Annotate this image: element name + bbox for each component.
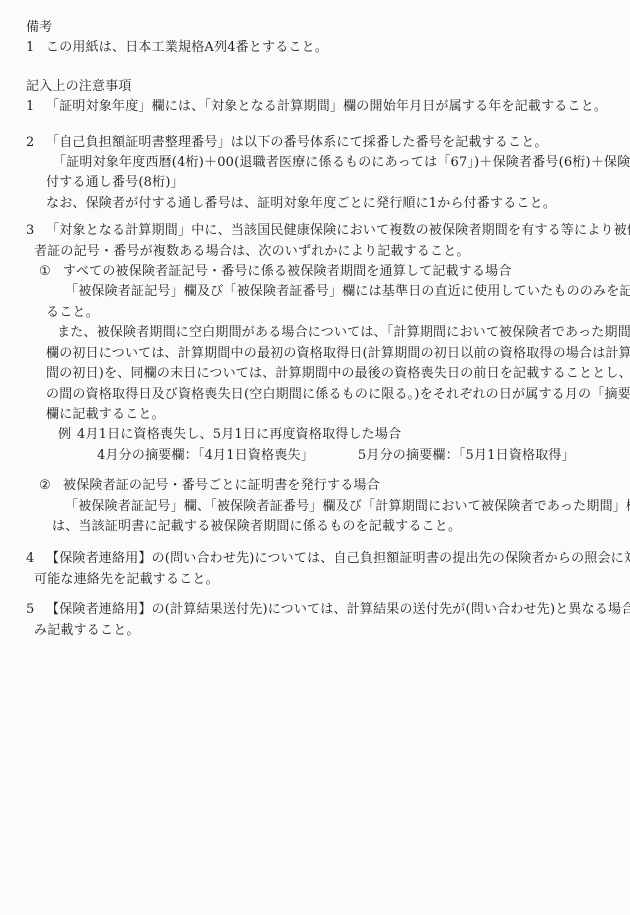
- text-line: 欄に記載すること。: [46, 405, 630, 425]
- text-line: 「被保険者証記号」欄及び「被保険者証番号」欄には基準日の直近に使用していたものの…: [65, 282, 630, 302]
- text-line: 例4月1日に資格喪失し、5月1日に再度資格取得した場合: [58, 425, 630, 445]
- line-text: すべての被保険者証記号・番号に係る被保険者期間を通算して記載する場合: [63, 264, 512, 279]
- document-body: 備考1この用紙は、日本工業規格A列4番とすること。記入上の注意事項1「証明対象年…: [0, 18, 630, 641]
- line-text: 欄の初日については、計算期間中の最初の資格取得日(計算期間の初日以前の資格取得の…: [46, 346, 630, 361]
- notes-header: 記入上の注意事項: [26, 77, 630, 97]
- list-marker: 2: [26, 133, 46, 153]
- line-text: 欄に記載すること。: [46, 407, 165, 422]
- line-text: 4月1日に資格喪失し、5月1日に再度資格取得した場合: [77, 427, 401, 442]
- text-line: 欄の初日については、計算期間中の最初の資格取得日(計算期間の初日以前の資格取得の…: [46, 344, 630, 364]
- text-line: 間の初日)を、同欄の末日については、計算期間中の最後の資格喪失日の前日を記載する…: [46, 364, 630, 384]
- text-line: の間の資格取得日及び資格喪失日(空白期間に係るものに限る。)をそれぞれの日が属す…: [46, 385, 630, 405]
- line-text: 「証明対象年度」欄には、「対象となる計算期間」欄の開始年月日が属する年を記載する…: [46, 99, 607, 114]
- list-marker: 例: [58, 425, 77, 445]
- text-line: 可能な連絡先を記載すること。: [34, 570, 630, 590]
- text-line: また、被保険者期間に空白期間がある場合については、「計算期間において被保険者であ…: [57, 323, 630, 343]
- line-text: また、被保険者期間に空白期間がある場合については、「計算期間において被保険者であ…: [57, 325, 630, 340]
- remarks-header: 備考: [26, 18, 630, 38]
- line-text: 記入上の注意事項: [26, 79, 132, 94]
- line-text: 4月分の摘要欄：「4月1日資格喪失」: [97, 448, 314, 463]
- line-text: 可能な連絡先を記載すること。: [34, 572, 219, 587]
- text-line: み記載すること。: [34, 621, 630, 641]
- document-page: 備考1この用紙は、日本工業規格A列4番とすること。記入上の注意事項1「証明対象年…: [0, 0, 630, 915]
- text-line: なお、保険者が付する通し番号は、証明対象年度ごとに発行順に1から付番すること。: [46, 194, 630, 214]
- list-marker: 1: [26, 97, 46, 117]
- line-text: 被保険者証の記号・番号ごとに証明書を発行する場合: [63, 478, 380, 493]
- line-text: 「被保険者証記号」欄、「被保険者証番号」欄及び「計算期間において被保険者であった…: [65, 499, 630, 514]
- text-line: 1この用紙は、日本工業規格A列4番とすること。: [26, 38, 630, 58]
- text-line: ②被保険者証の記号・番号ごとに証明書を発行する場合: [39, 476, 630, 496]
- text-line: 「証明対象年度西暦(4桁)＋00(退職者医療に係るものにあっては「67」)＋保険…: [53, 153, 630, 173]
- line-text: 備考: [26, 20, 52, 35]
- text-line: 4月分の摘要欄：「4月1日資格喪失」5月分の摘要欄：「5月1日資格取得」: [97, 446, 630, 466]
- line-text: 「自己負担額証明書整理番号」は以下の番号体系にて採番した番号を記載すること。: [46, 135, 548, 150]
- line-text: ること。: [46, 305, 99, 320]
- list-marker: 5: [26, 600, 46, 620]
- list-marker: 1: [26, 38, 46, 58]
- list-marker: 3: [26, 221, 46, 241]
- text-line: 「被保険者証記号」欄、「被保険者証番号」欄及び「計算期間において被保険者であった…: [65, 497, 630, 517]
- line-text: 付する通し番号(8桁)」: [46, 175, 184, 190]
- line-text: 「対象となる計算期間」中に、当該国民健康保険において複数の被保険者期間を有する等…: [46, 223, 630, 238]
- text-line: 3「対象となる計算期間」中に、当該国民健康保険において複数の被保険者期間を有する…: [26, 221, 630, 241]
- text-line: は、当該証明書に記載する被保険者期間に係るものを記載すること。: [52, 517, 630, 537]
- line-text: 【保険者連絡用】の(計算結果送付先)については、計算結果の送付先が(問い合わせ先…: [46, 602, 630, 617]
- line-text: の間の資格取得日及び資格喪失日(空白期間に係るものに限る。)をそれぞれの日が属す…: [46, 387, 630, 402]
- line-text: み記載すること。: [34, 623, 140, 638]
- text-line: 4【保険者連絡用】の(問い合わせ先)については、自己負担額証明書の提出先の保険者…: [26, 549, 630, 569]
- text-line: ①すべての被保険者証記号・番号に係る被保険者期間を通算して記載する場合: [39, 262, 630, 282]
- list-marker: ①: [39, 262, 63, 282]
- line-text: 「被保険者証記号」欄及び「被保険者証番号」欄には基準日の直近に使用していたものの…: [65, 284, 630, 299]
- line-text: 【保険者連絡用】の(問い合わせ先)については、自己負担額証明書の提出先の保険者か…: [46, 551, 630, 566]
- line-text: 「証明対象年度西暦(4桁)＋00(退職者医療に係るものにあっては「67」)＋保険…: [53, 155, 630, 170]
- line-text: この用紙は、日本工業規格A列4番とすること。: [46, 40, 328, 55]
- text-line: 1「証明対象年度」欄には、「対象となる計算期間」欄の開始年月日が属する年を記載す…: [26, 97, 630, 117]
- line-text: 者証の記号・番号が複数ある場合は、次のいずれかにより記載すること。: [34, 244, 470, 259]
- line-text: 5月分の摘要欄：「5月1日資格取得」: [358, 448, 575, 463]
- text-line: 2「自己負担額証明書整理番号」は以下の番号体系にて採番した番号を記載すること。: [26, 133, 630, 153]
- text-line: 者証の記号・番号が複数ある場合は、次のいずれかにより記載すること。: [34, 242, 630, 262]
- line-text: なお、保険者が付する通し番号は、証明対象年度ごとに発行順に1から付番すること。: [46, 196, 556, 211]
- text-line: ること。: [46, 303, 630, 323]
- text-line: 付する通し番号(8桁)」: [46, 173, 630, 193]
- line-text: は、当該証明書に記載する被保険者期間に係るものを記載すること。: [52, 519, 461, 534]
- text-line: 5【保険者連絡用】の(計算結果送付先)については、計算結果の送付先が(問い合わせ…: [26, 600, 630, 620]
- line-text: 間の初日)を、同欄の末日については、計算期間中の最後の資格喪失日の前日を記載する…: [46, 366, 630, 381]
- list-marker: 4: [26, 549, 46, 569]
- list-marker: ②: [39, 476, 63, 496]
